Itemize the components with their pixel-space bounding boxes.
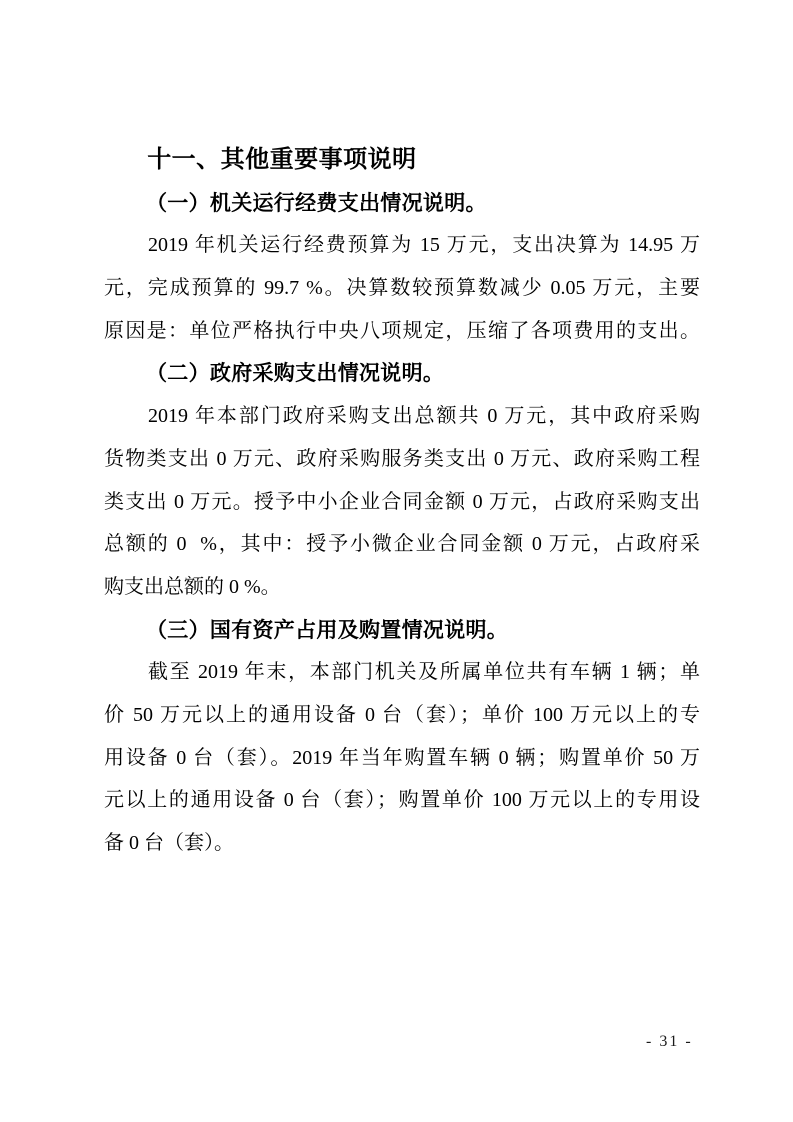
subsection-3-line-2: 价 50 万元以上的通用设备 0 台（套）；单价 100 万元以上的专 [104, 694, 700, 737]
subsection-2-line-3: 类支出 0 万元。授予中小企业合同金额 0 万元，占政府采购支出 [104, 481, 700, 524]
subsection-3-line-5: 备 0 台（套）。 [104, 822, 700, 865]
subsection-2-heading: （二）政府采购支出情况说明。 [104, 352, 700, 395]
subsection-3-line-4: 元以上的通用设备 0 台（套）；购置单价 100 万元以上的专用设 [104, 779, 700, 822]
subsection-1-line-2: 元，完成预算的 99.7 %。决算数较预算数减少 0.05 万元，主要 [104, 267, 700, 310]
subsection-2-line-2: 货物类支出 0 万元、政府采购服务类支出 0 万元、政府采购工程 [104, 438, 700, 481]
subsection-3-line-1: 截至 2019 年末，本部门机关及所属单位共有车辆 1 辆；单 [104, 651, 700, 694]
subsection-1-line-3: 原因是：单位严格执行中央八项规定，压缩了各项费用的支出。 [104, 310, 700, 353]
subsection-1-heading: （一）机关运行经费支出情况说明。 [104, 182, 700, 225]
subsection-3-heading: （三）国有资产占用及购置情况说明。 [104, 609, 700, 652]
subsection-2-line-1: 2019 年本部门政府采购支出总额共 0 万元，其中政府采购 [104, 395, 700, 438]
document-page: 十一、其他重要事项说明 （一）机关运行经费支出情况说明。 2019 年机关运行经… [0, 0, 793, 1122]
document-content: 十一、其他重要事项说明 （一）机关运行经费支出情况说明。 2019 年机关运行经… [104, 139, 700, 865]
subsection-2-line-5: 购支出总额的 0 %。 [104, 566, 700, 609]
subsection-3-line-3: 用设备 0 台（套）。2019 年当年购置车辆 0 辆；购置单价 50 万 [104, 737, 700, 780]
page-number: - 31 - [646, 1033, 693, 1051]
section-title: 十一、其他重要事项说明 [104, 139, 700, 182]
subsection-1-line-1: 2019 年机关运行经费预算为 15 万元，支出决算为 14.95 万 [104, 224, 700, 267]
subsection-2-line-4: 总额的 0 %，其中：授予小微企业合同金额 0 万元，占政府采 [104, 523, 700, 566]
